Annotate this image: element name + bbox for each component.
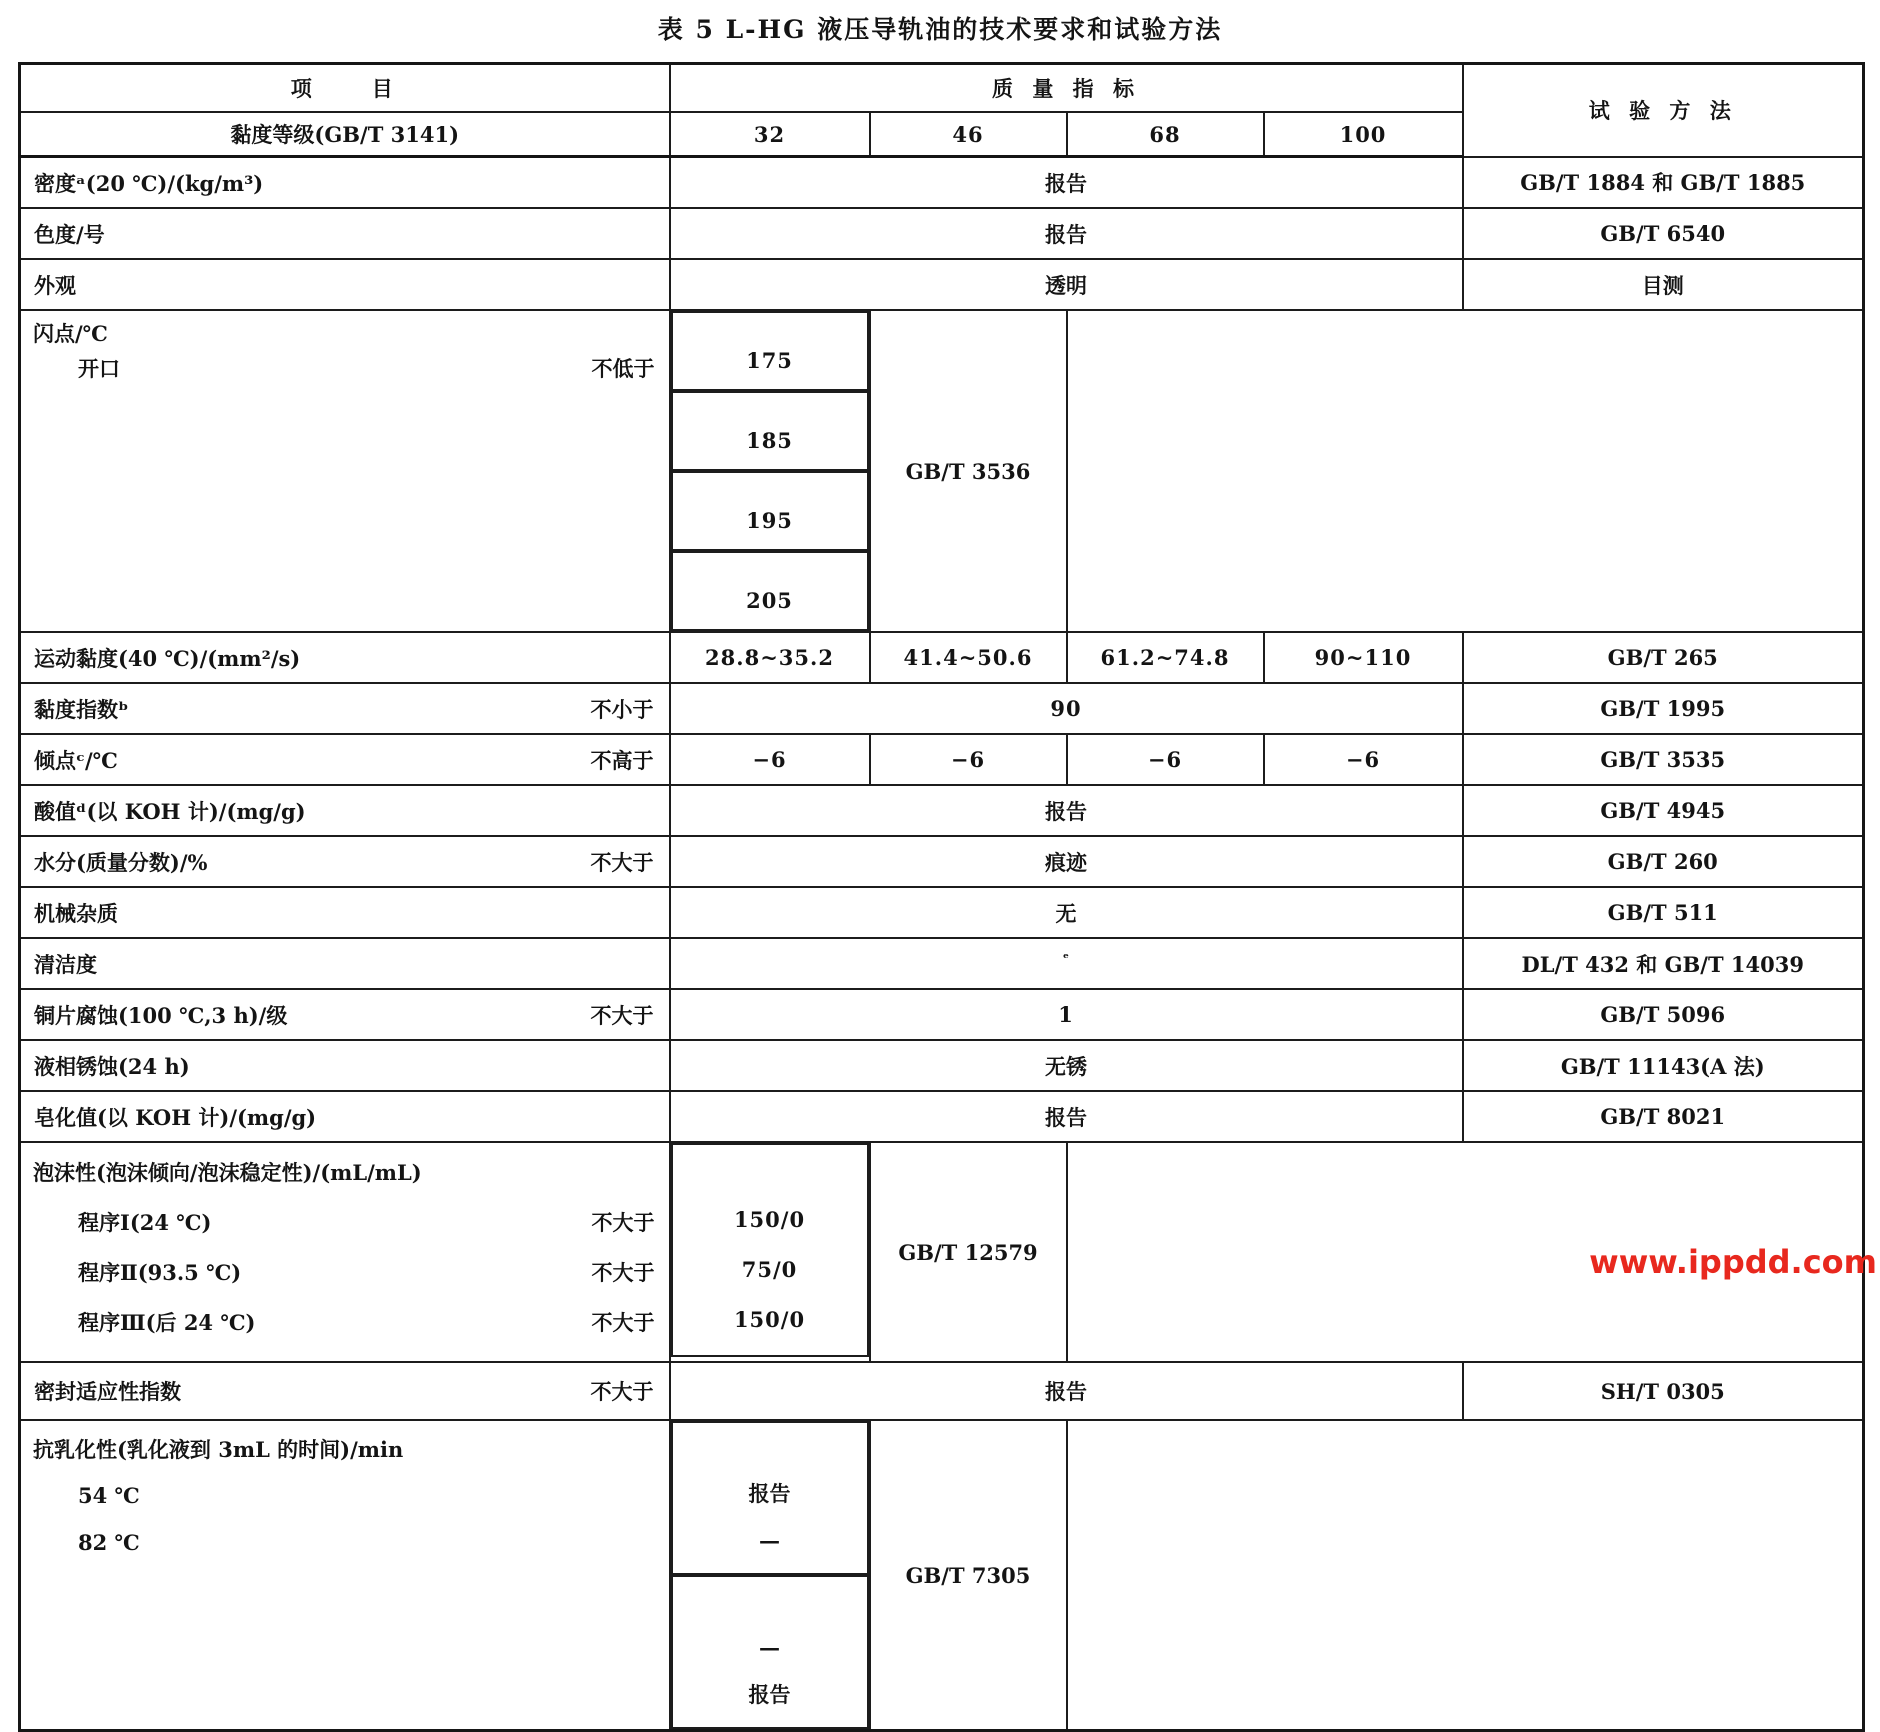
row-foam: 泡沫性(泡沫倾向/泡沫稳定性)/(mL/mL) 程序Ⅰ(24 ℃) 不大于 程序… xyxy=(20,1142,1864,1362)
foam-seq2-qualifier: 不大于 xyxy=(592,1257,655,1287)
demul-value-100-82c: 报告 xyxy=(673,1671,867,1718)
foam-seq3-qualifier: 不大于 xyxy=(592,1307,655,1337)
row-acid-value: 酸值ᵈ(以 KOH 计)/(mg/g) 报告 GB/T 4945 xyxy=(20,785,1864,836)
foam-seq2-value: 75/0 xyxy=(673,1245,867,1295)
foam-seq3-value: 150/0 xyxy=(673,1295,867,1345)
appearance-method: 目测 xyxy=(1463,259,1864,310)
row-seal: 密封适应性指数 不大于 报告 SH/T 0305 xyxy=(20,1362,1864,1420)
site-watermark: www.ippdd.com xyxy=(1589,1243,1877,1281)
row-viscosity-index: 黏度指数ᵇ 不小于 90 GB/T 1995 xyxy=(20,683,1864,734)
pour-method: GB/T 3535 xyxy=(1463,734,1864,785)
flash-sub-label: 开口 xyxy=(33,353,120,383)
kv-value-46: 41.4~50.6 xyxy=(870,632,1067,683)
mech-label: 机械杂质 xyxy=(34,898,118,928)
kv-value-32: 28.8~35.2 xyxy=(670,632,870,683)
flash-value-32: 175 xyxy=(673,348,867,373)
foam-seq3-label: 程序Ⅲ(后 24 ℃) xyxy=(33,1307,255,1337)
mech-method: GB/T 511 xyxy=(1463,887,1864,938)
foam-method: GB/T 12579 xyxy=(870,1142,1067,1362)
flash-value-46: 185 xyxy=(673,428,867,453)
demul-54-label: 54 ℃ xyxy=(33,1483,140,1508)
kv-label: 运动黏度(40 ℃)/(mm²/s) xyxy=(34,643,300,673)
demul-label: 抗乳化性(乳化液到 3mL 的时间)/min xyxy=(33,1434,403,1464)
vi-method: GB/T 1995 xyxy=(1463,683,1864,734)
pour-value-100: −6 xyxy=(1264,734,1463,785)
kv-value-68: 61.2~74.8 xyxy=(1067,632,1264,683)
demul-value-32-68-82c: — xyxy=(673,1517,867,1564)
demul-method: GB/T 7305 xyxy=(870,1420,1067,1731)
row-copper-corrosion: 铜片腐蚀(100 ℃,3 h)/级 不大于 1 GB/T 5096 xyxy=(20,989,1864,1040)
row-kinematic-viscosity: 运动黏度(40 ℃)/(mm²/s) 28.8~35.2 41.4~50.6 6… xyxy=(20,632,1864,683)
seal-value: 报告 xyxy=(670,1362,1463,1420)
row-rust: 液相锈蚀(24 h) 无锈 GB/T 11143(A 法) xyxy=(20,1040,1864,1091)
acid-value: 报告 xyxy=(670,785,1463,836)
rust-label: 液相锈蚀(24 h) xyxy=(34,1051,190,1081)
pour-qualifier: 不高于 xyxy=(591,745,654,775)
water-label: 水分(质量分数)/% xyxy=(34,847,208,877)
sapon-value: 报告 xyxy=(670,1091,1463,1142)
header-quality-index: 质 量 指 标 xyxy=(670,64,1463,113)
grade-32: 32 xyxy=(670,112,870,157)
foam-seq1-label: 程序Ⅰ(24 ℃) xyxy=(33,1207,211,1237)
vi-value: 90 xyxy=(670,683,1463,734)
color-method: GB/T 6540 xyxy=(1463,208,1864,259)
acid-label: 酸值ᵈ(以 KOH 计)/(mg/g) xyxy=(34,796,306,826)
flash-label: 闪点/℃ xyxy=(33,318,108,348)
appearance-label: 外观 xyxy=(34,270,76,300)
seal-method: SH/T 0305 xyxy=(1463,1362,1864,1420)
copper-qualifier: 不大于 xyxy=(591,1000,654,1030)
seal-label: 密封适应性指数 xyxy=(34,1376,181,1406)
clean-label: 清洁度 xyxy=(34,949,97,979)
vi-qualifier: 不小于 xyxy=(591,694,654,724)
row-mechanical-impurities: 机械杂质 无 GB/T 511 xyxy=(20,887,1864,938)
row-density: 密度ᵃ(20 ℃)/(kg/m³) 报告 GB/T 1884 和 GB/T 18… xyxy=(20,157,1864,209)
table-title: 表 5 L-HG 液压导轨油的技术要求和试验方法 xyxy=(18,10,1862,46)
water-qualifier: 不大于 xyxy=(591,847,654,877)
clean-value: ᵉ xyxy=(1063,951,1069,967)
flash-qualifier: 不低于 xyxy=(592,353,655,383)
demul-82-label: 82 ℃ xyxy=(33,1530,140,1555)
kv-method: GB/T 265 xyxy=(1463,632,1864,683)
seal-qualifier: 不大于 xyxy=(591,1376,654,1406)
row-appearance: 外观 透明 目测 xyxy=(20,259,1864,310)
flash-value-100: 205 xyxy=(673,588,867,613)
copper-value: 1 xyxy=(670,989,1463,1040)
color-label: 色度/号 xyxy=(34,219,105,249)
header-test-method: 试 验 方 法 xyxy=(1463,64,1864,157)
row-water: 水分(质量分数)/% 不大于 痕迹 GB/T 260 xyxy=(20,836,1864,887)
demul-value-32-68-54c: 报告 xyxy=(673,1470,867,1517)
spec-table: 项 目 质 量 指 标 试 验 方 法 黏度等级(GB/T 3141) 32 4… xyxy=(18,62,1865,1732)
demul-value-100-54c: — xyxy=(673,1624,867,1671)
sapon-label: 皂化值(以 KOH 计)/(mg/g) xyxy=(34,1102,316,1132)
density-method: GB/T 1884 和 GB/T 1885 xyxy=(1463,157,1864,209)
mech-value: 无 xyxy=(670,887,1463,938)
acid-method: GB/T 4945 xyxy=(1463,785,1864,836)
color-value: 报告 xyxy=(670,208,1463,259)
grade-68: 68 xyxy=(1067,112,1264,157)
row-pour-point: 倾点ᶜ/℃ 不高于 −6 −6 −6 −6 GB/T 3535 xyxy=(20,734,1864,785)
water-value: 痕迹 xyxy=(670,836,1463,887)
pour-value-32: −6 xyxy=(670,734,870,785)
density-value: 报告 xyxy=(670,157,1463,209)
kv-value-100: 90~110 xyxy=(1264,632,1463,683)
appearance-value: 透明 xyxy=(670,259,1463,310)
density-label: 密度ᵃ(20 ℃)/(kg/m³) xyxy=(34,168,263,198)
grade-100: 100 xyxy=(1264,112,1463,157)
foam-label: 泡沫性(泡沫倾向/泡沫稳定性)/(mL/mL) xyxy=(33,1157,422,1187)
pour-label: 倾点ᶜ/℃ xyxy=(34,745,118,775)
sapon-method: GB/T 8021 xyxy=(1463,1091,1864,1142)
copper-method: GB/T 5096 xyxy=(1463,989,1864,1040)
clean-method: DL/T 432 和 GB/T 14039 xyxy=(1463,938,1864,989)
row-flash-point: 闪点/℃ 开口 不低于 175 185 195 205 GB/T 3536 xyxy=(20,310,1864,632)
rust-value: 无锈 xyxy=(670,1040,1463,1091)
rust-method: GB/T 11143(A 法) xyxy=(1463,1040,1864,1091)
foam-seq1-value: 150/0 xyxy=(673,1195,867,1245)
header-row-1: 项 目 质 量 指 标 试 验 方 法 xyxy=(20,64,1864,113)
row-cleanliness: 清洁度 ᵉ DL/T 432 和 GB/T 14039 xyxy=(20,938,1864,989)
row-demulsibility: 抗乳化性(乳化液到 3mL 的时间)/min 54 ℃ 82 ℃ 报告 — — … xyxy=(20,1420,1864,1731)
foam-seq1-qualifier: 不大于 xyxy=(592,1207,655,1237)
flash-value-68: 195 xyxy=(673,508,867,533)
header-item: 项 目 xyxy=(20,64,670,113)
foam-seq2-label: 程序Ⅱ(93.5 ℃) xyxy=(33,1257,241,1287)
row-color: 色度/号 报告 GB/T 6540 xyxy=(20,208,1864,259)
pour-value-68: −6 xyxy=(1067,734,1264,785)
scanned-standard-page: { "title": "表 5 L-HG 液压导轨油的技术要求和试验方法", "… xyxy=(0,0,1880,1285)
vi-label: 黏度指数ᵇ xyxy=(34,694,128,724)
water-method: GB/T 260 xyxy=(1463,836,1864,887)
flash-method: GB/T 3536 xyxy=(870,310,1067,632)
copper-label: 铜片腐蚀(100 ℃,3 h)/级 xyxy=(34,1000,287,1030)
row-saponification: 皂化值(以 KOH 计)/(mg/g) 报告 GB/T 8021 xyxy=(20,1091,1864,1142)
grade-46: 46 xyxy=(870,112,1067,157)
pour-value-46: −6 xyxy=(870,734,1067,785)
header-viscosity-grade: 黏度等级(GB/T 3141) xyxy=(20,112,670,157)
